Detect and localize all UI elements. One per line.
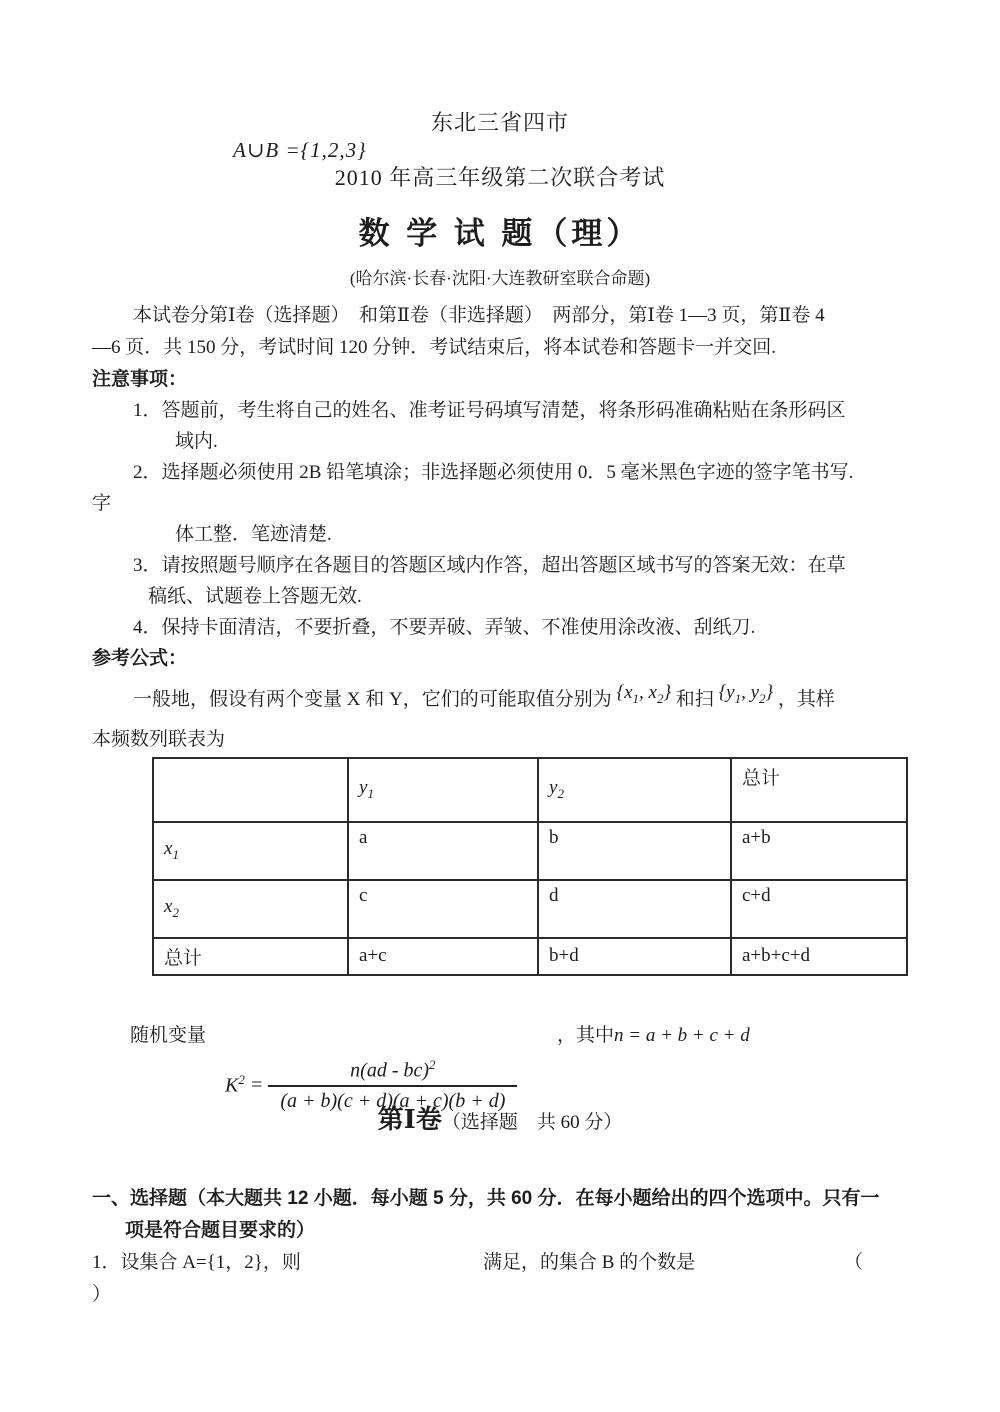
sub-2: 2 bbox=[557, 786, 564, 801]
question-1-part-1: 1．设集合 A={1，2}，则 bbox=[92, 1252, 301, 1273]
table-header-total: 总计 bbox=[731, 758, 907, 822]
table-total-row: 总计 a+c b+d a+b+c+d bbox=[153, 938, 907, 975]
choice-instructions-line-1: 一、选择题（本大题共 12 小题．每小题 5 分，共 60 分．在每小题给出的四… bbox=[92, 1183, 908, 1215]
random-variable-line: 随机变量 ，其中n = a + b + c + d bbox=[92, 1020, 908, 1051]
note-item-1-line-1: 1．答题前，考生将自己的姓名、准考证号码填写清楚，将条形码准确粘贴在条形码区 bbox=[92, 395, 908, 426]
sub-1: 1 bbox=[367, 786, 374, 801]
document-title: 数 学 试 题（理） bbox=[92, 212, 908, 256]
n-formula: n = a + b + c + d bbox=[614, 1025, 750, 1046]
table-cell-c: c bbox=[348, 880, 538, 938]
table-cell-c-plus-d: c+d bbox=[731, 880, 907, 938]
k-squared-lhs: K2 bbox=[225, 1072, 245, 1098]
var-K: K bbox=[225, 1075, 238, 1097]
table-row-x2: x2 c d c+d bbox=[153, 880, 907, 938]
page-content: 东北三省四市 2010 年高三年级第二次联合考试 数 学 试 题（理） (哈尔滨… bbox=[0, 0, 1000, 1311]
general-statement-post: ，其样 bbox=[778, 689, 835, 710]
document-subtitle: (哈尔滨·长春·沈阳·大连教研室联合命题) bbox=[92, 266, 908, 292]
reference-formulas-heading: 参考公式： bbox=[92, 643, 908, 674]
table-intro-line: 本频数列联表为 bbox=[92, 724, 908, 755]
comma: , bbox=[741, 682, 751, 703]
question-1-part-2: 满足，的集合 B 的个数是 bbox=[483, 1247, 695, 1279]
var-y2: y bbox=[751, 682, 759, 703]
table-cell-a-b-c-d: a+b+c+d bbox=[731, 938, 907, 975]
table-cell-b: b bbox=[538, 822, 731, 880]
exam-paper-page: A∪B ={1,2,3} 东北三省四市 2010 年高三年级第二次联合考试 数 … bbox=[0, 0, 1000, 1412]
question-1-open-paren: （ bbox=[844, 1247, 863, 1279]
table-cell-a-plus-b: a+b bbox=[731, 822, 907, 880]
note-item-4-line-1: 4．保持卡面清洁，不要折叠，不要弄破、弄皱、不准使用涂改液、刮纸刀. bbox=[92, 612, 908, 643]
section1-title-main: 第Ⅰ卷 bbox=[378, 1105, 442, 1134]
table-header-y2: y2 bbox=[538, 758, 731, 822]
choice-instructions-line-2: 项是符合题目要求的） bbox=[92, 1215, 908, 1247]
table-label-x2: x2 bbox=[153, 880, 348, 938]
sub-1: 1 bbox=[172, 847, 179, 862]
random-variable-label: 随机变量 bbox=[130, 1025, 206, 1046]
sup-2: 2 bbox=[238, 1072, 245, 1087]
sub-2: 2 bbox=[172, 905, 179, 920]
table-cell-a-plus-c: a+c bbox=[348, 938, 538, 975]
x-set-formula: {x1, x2} bbox=[616, 682, 671, 703]
note-item-2-line-2: 字 bbox=[92, 488, 908, 519]
var-y1: y bbox=[726, 682, 734, 703]
section1-title: 第Ⅰ卷（选择题 共 60 分） bbox=[92, 1101, 908, 1143]
intro-paragraph: 本试卷分第Ⅰ卷（选择题） 和第Ⅱ卷（非选择题） 两部分，第Ⅰ卷 1—3 页，第Ⅱ… bbox=[92, 300, 908, 364]
question-1-close-paren: ） bbox=[92, 1279, 908, 1311]
general-statement-mid: 和扫 bbox=[676, 689, 719, 710]
union-set-formula: A∪B ={1,2,3} bbox=[233, 138, 366, 163]
note-item-3-line-2: 稿纸、试题卷上答题无效. bbox=[92, 581, 908, 612]
n-definition: ，其中n = a + b + c + d bbox=[557, 1020, 750, 1051]
general-statement-pre: 一般地，假设有两个变量 X 和 Y，它们的可能取值分别为 bbox=[133, 689, 612, 710]
var-x1: x bbox=[624, 682, 632, 703]
y-set-formula: {y1, y2} bbox=[719, 682, 774, 703]
table-cell-b-plus-d: b+d bbox=[538, 938, 731, 975]
table-label-x1: x1 bbox=[153, 822, 348, 880]
equals-sign: = bbox=[250, 1074, 264, 1097]
question-1-line: 1．设集合 A={1，2}，则 满足，的集合 B 的个数是 （ bbox=[92, 1247, 908, 1279]
general-statement-line: 一般地，假设有两个变量 X 和 Y，它们的可能取值分别为 {x1, x2} 和扫… bbox=[92, 682, 908, 724]
contingency-table: y1 y2 总计 x1 a b a+b x2 c d c+d 总计 a+c b+… bbox=[152, 757, 908, 976]
fraction-numerator: n(ad - bc)2 bbox=[268, 1057, 517, 1086]
table-cell-blank bbox=[153, 758, 348, 822]
n-definition-prefix: ，其中 bbox=[557, 1025, 614, 1046]
section1-title-suffix: （选择题 共 60 分） bbox=[442, 1112, 623, 1133]
table-row-x1: x1 a b a+b bbox=[153, 822, 907, 880]
table-cell-a: a bbox=[348, 822, 538, 880]
note-item-3-line-1: 3．请按照题号顺序在各题目的答题区域内作答，超出答题区域书写的答案无效：在草 bbox=[92, 550, 908, 581]
table-header-row: y1 y2 总计 bbox=[153, 758, 907, 822]
header-region-line: 东北三省四市 bbox=[92, 108, 908, 138]
header-exam-line: 2010 年高三年级第二次联合考试 bbox=[92, 163, 908, 193]
note-item-2-line-1: 2．选择题必须使用 2B 铅笔填涂；非选择题必须使用 0．5 毫米黑色字迹的签字… bbox=[92, 457, 908, 488]
brace-open: { bbox=[616, 682, 624, 703]
comma: , bbox=[639, 682, 649, 703]
sup-2: 2 bbox=[429, 1057, 436, 1072]
brace-close: } bbox=[766, 682, 774, 703]
note-item-2-line-3: 体工整．笔迹清楚. bbox=[92, 519, 908, 550]
note-item-1-line-2: 域内. bbox=[92, 426, 908, 457]
table-cell-d: d bbox=[538, 880, 731, 938]
intro-line-2: —6 页．共 150 分，考试时间 120 分钟．考试结束后，将本试卷和答题卡一… bbox=[92, 332, 908, 364]
table-footer-label: 总计 bbox=[153, 938, 348, 975]
brace-close: } bbox=[663, 682, 671, 703]
var-x2: x bbox=[649, 682, 657, 703]
numerator-expr: n(ad - bc) bbox=[350, 1059, 429, 1081]
table-header-y1: y1 bbox=[348, 758, 538, 822]
intro-line-1: 本试卷分第Ⅰ卷（选择题） 和第Ⅱ卷（非选择题） 两部分，第Ⅰ卷 1—3 页，第Ⅱ… bbox=[92, 300, 908, 332]
notes-heading: 注意事项： bbox=[92, 364, 908, 395]
